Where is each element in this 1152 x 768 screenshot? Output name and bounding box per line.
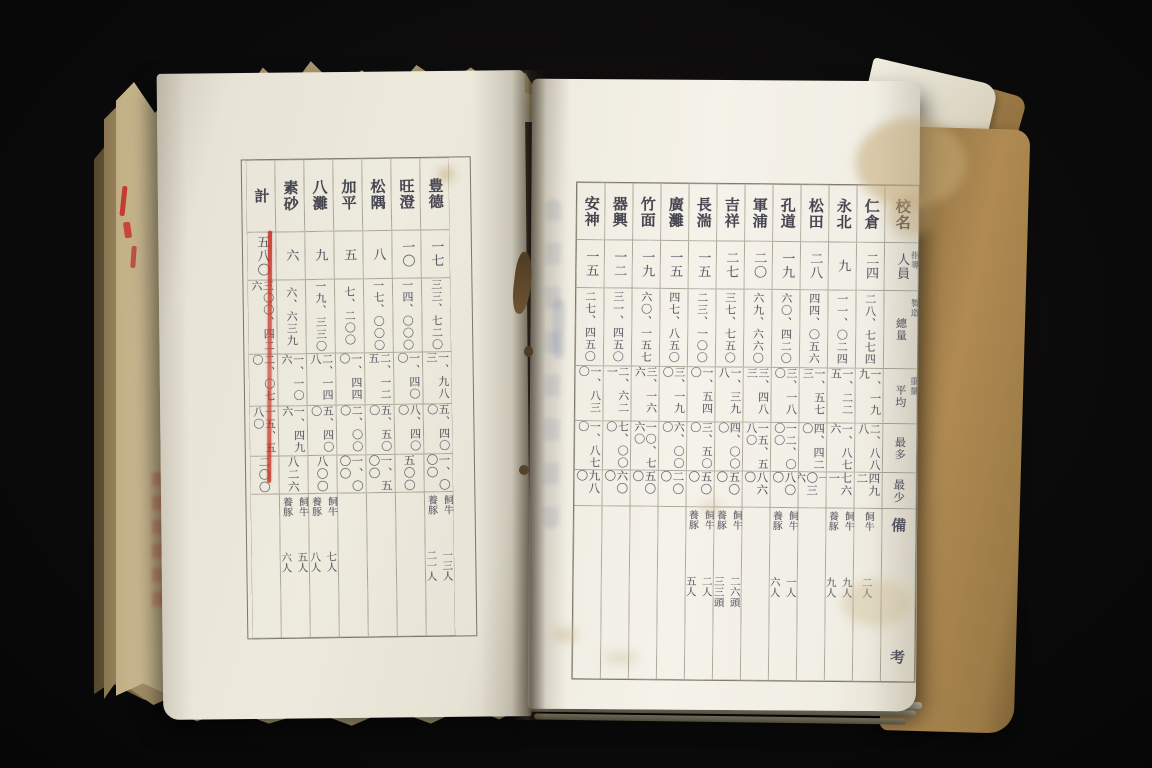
cell-total: 四四、〇五六 (799, 290, 828, 368)
cell-staff: 一五 (660, 240, 688, 288)
cell-min: 四九二 (854, 472, 882, 508)
cell-total: 七、二〇〇 (334, 279, 364, 353)
cell-staff: 一〇 (392, 230, 422, 278)
remarks-labels: 飼牛 (854, 511, 882, 531)
cattle-entry-value: 一三人 (440, 549, 455, 581)
school-column: 廣灘一五四七、八五〇三、一九〇六、〇〇〇二〇〇 (656, 183, 689, 679)
stain (552, 628, 578, 642)
remarks-values: 一三人二一人 (425, 549, 454, 581)
cell-staff: 六 (276, 232, 306, 280)
pig-entry-value: 六人 (768, 577, 782, 598)
cell-staff: 二〇 (744, 241, 772, 289)
cell-staff: 二八 (800, 242, 828, 290)
ink-showthrough (552, 299, 564, 359)
school-name: 旺澄 (391, 158, 421, 230)
school-column: 吉祥二七三七、七五〇一、三九八四、〇〇〇五〇〇飼牛養豚二六頭三三頭 (712, 184, 745, 680)
cell-min: 八六〇 (742, 471, 770, 507)
school-column: 安神一五二七、四五〇一、八三〇一、八七〇九八〇 (572, 183, 605, 679)
pig-entry-label: 養豚 (824, 511, 839, 531)
cell-max: 二、〇〇〇 (336, 405, 366, 455)
cell-staff: 一七 (421, 230, 451, 278)
stain (438, 168, 454, 181)
cell-remarks (656, 506, 686, 679)
cattle-entry-value: 一人 (784, 577, 798, 598)
cell-remarks (572, 506, 602, 679)
cell-min: 一、五〇〇 (366, 454, 396, 492)
cell-remarks: 飼牛養豚一三人二一人 (424, 492, 455, 636)
book-photo: 豊德一七三三、七二〇一、九八三五、四〇〇一、〇〇〇飼牛養豚一三人二一人旺澄一〇一… (0, 0, 1152, 768)
remarks-values: 七人八人 (309, 551, 338, 572)
remarks-label-bottom: 考 (890, 647, 905, 668)
cell-staff: 一九 (772, 241, 800, 289)
cell-max: 五、五〇〇 (365, 404, 395, 454)
cell-remarks (250, 494, 281, 638)
pig-entry-value: 五人 (684, 576, 698, 597)
school-name: 八灘 (304, 159, 334, 231)
school-name: 孔道 (773, 184, 802, 241)
header-row-label-average: 平均重量 (883, 368, 918, 423)
cattle-entry-value: 七人 (324, 551, 339, 572)
cell-max: 四、〇〇〇 (714, 422, 742, 471)
cell-average: 一、四四〇 (335, 353, 365, 405)
cell-max: 二、八八八 (854, 423, 882, 472)
cell-remarks: 飼牛養豚五人六人 (279, 494, 310, 638)
cell-average: 二、〇七〇 (248, 354, 278, 406)
stain (604, 652, 638, 664)
cattle-entry-value: 五人 (295, 551, 310, 572)
header-row-sublabel: 指導 (909, 251, 918, 270)
school-name: 廣灘 (661, 183, 690, 240)
cell-total: 三三、七二〇 (421, 278, 451, 352)
cell-remarks (395, 492, 426, 636)
cell-total: 三〇〇、四二六 (247, 280, 277, 354)
stain (888, 196, 934, 236)
stain (700, 500, 722, 516)
cell-min: 九八〇 (574, 470, 602, 506)
header-row-label-total: 總量製造 (883, 290, 918, 368)
header-row-label-min: 最少 (882, 472, 916, 508)
school-column: 器興一二三一、四五〇二、六二一七、〇〇〇六〇〇 (600, 183, 633, 679)
cell-remarks: 飼牛養豚二六頭三三頭 (712, 507, 742, 680)
cell-max: 一〇、七六〇 (630, 421, 658, 470)
cattle-entry-value: 二六頭 (728, 576, 742, 608)
cell-min: 二〇〇 (250, 456, 280, 494)
cell-average: 一、二二五 (827, 368, 856, 423)
cattle-entry-label: 飼牛 (323, 496, 338, 516)
pig-entry-value: 二一人 (424, 549, 439, 581)
cell-remarks (796, 508, 826, 681)
cell-min: 一、〇三六 (798, 472, 826, 508)
cell-total: 三七、七五〇 (715, 289, 744, 367)
cell-total: 四七、八五〇 (659, 288, 688, 366)
cell-average: 三、一六六 (631, 366, 660, 421)
stain (856, 118, 966, 208)
cell-min: 一、〇〇〇 (424, 454, 454, 492)
pig-entry-value: 六人 (279, 551, 294, 572)
pig-entry-label: 養豚 (768, 510, 783, 530)
cell-total: 二七、四五〇 (575, 288, 604, 366)
cell-staff: 五 (334, 231, 364, 279)
remarks-values: 二六頭三三頭 (713, 576, 741, 608)
cell-min: 二〇〇 (658, 470, 686, 506)
cell-min: 一、〇〇〇 (337, 455, 367, 493)
school-column: 孔道一九六〇、四二〇三、一八〇一二、〇〇〇八〇〇飼牛養豚一人六人 (768, 184, 801, 680)
remarks-labels: 飼牛養豚 (424, 495, 453, 515)
cell-max: 一五、五八〇 (249, 406, 279, 456)
cell-average: 一、一〇六 (277, 354, 307, 406)
pig-entry-value: 九人 (824, 577, 838, 598)
school-name: 吉祥 (717, 184, 746, 241)
school-name: 器興 (605, 183, 634, 240)
cattle-entry-label: 飼牛 (840, 511, 854, 531)
pig-entry-label: 養豚 (684, 510, 699, 530)
cell-max: 三、五〇〇 (686, 422, 714, 471)
cell-staff: 一二 (604, 240, 632, 288)
book-gutter (512, 70, 546, 720)
cell-min: 七六一 (826, 472, 854, 508)
cattle-entry-label: 飼牛 (294, 497, 309, 517)
cell-staff: 八 (363, 230, 393, 278)
left-page: 豊德一七三三、七二〇一、九八三五、四〇〇一、〇〇〇飼牛養豚一三人二一人旺澄一〇一… (157, 70, 532, 720)
cell-max: 一、八七六 (826, 423, 854, 472)
cell-min: 六〇〇 (602, 470, 630, 506)
cell-max: 一、四九六 (278, 406, 308, 456)
cattle-entry-label: 飼牛 (784, 511, 798, 531)
pig-entry-label: 養豚 (308, 496, 322, 516)
cattle-entry-value: 二人 (700, 576, 714, 597)
cell-total: 六九、六六〇 (743, 289, 772, 367)
header-row-label-max: 最多 (882, 423, 916, 472)
cell-min: 八〇〇 (308, 455, 338, 493)
school-name: 松田 (801, 185, 830, 242)
remarks-values: 一人六人 (769, 577, 797, 598)
binding-hole (524, 346, 533, 357)
cell-max: 八、四〇〇 (394, 404, 424, 454)
cell-max: 五、四〇〇 (423, 404, 453, 454)
header-row-label-staff: 人員指導 (884, 242, 918, 290)
pig-entry-label: 養豚 (279, 497, 293, 517)
school-name: 長湍 (689, 184, 718, 241)
school-name: 素砂 (275, 160, 305, 232)
cell-remarks (337, 493, 368, 637)
school-column: 軍浦二〇六九、六六〇三、四八三一五、五八〇八六〇 (740, 184, 773, 680)
cell-max: 六、〇〇〇 (658, 421, 686, 470)
pig-entry-value: 三三頭 (712, 576, 726, 608)
cell-remarks (366, 492, 397, 636)
school-column: 松田二八四四、〇五六一、五七三四、四二〇一、〇三六 (796, 185, 829, 681)
cell-average: 一、四〇〇 (393, 352, 423, 404)
cell-max: 一二、〇〇〇 (770, 422, 798, 471)
cell-staff: 九 (828, 242, 856, 290)
school-name: 松隅 (362, 158, 392, 230)
remarks-labels: 飼牛養豚 (308, 496, 337, 516)
cattle-entry-label: 飼牛 (860, 511, 875, 531)
cell-total: 六〇、一五七 (631, 288, 660, 366)
cell-total: 一一、〇二四 (827, 290, 856, 368)
remarks-values: 二人五人 (685, 576, 713, 597)
cell-average: 一、九八三 (422, 352, 452, 404)
cell-max: 一五、五八〇 (742, 422, 770, 471)
cell-average: 一、三九八 (715, 367, 744, 422)
cell-remarks: 飼牛養豚七人八人 (308, 493, 339, 637)
cell-average: 二、一四八 (306, 353, 336, 405)
school-name: 計 (246, 160, 276, 232)
cell-staff: 一五 (576, 240, 604, 288)
cell-remarks (740, 507, 770, 680)
cell-average: 三、四八三 (743, 367, 772, 422)
school-name: 竹面 (633, 183, 662, 240)
cell-average: 一、一九九 (855, 368, 884, 423)
cell-total: 六〇、四二〇 (771, 289, 800, 367)
cattle-entry-label: 飼牛 (439, 495, 454, 515)
remarks-values: 五人六人 (280, 551, 309, 572)
school-name: 安神 (577, 183, 606, 240)
binding-hole (519, 465, 529, 475)
cell-total: 一四、〇〇〇 (392, 278, 422, 352)
cell-average: 二、六二一 (603, 366, 632, 421)
cattle-entry-label: 飼牛 (728, 510, 742, 530)
cell-average: 一、八三〇 (575, 366, 604, 421)
pig-entry-label: 養豚 (424, 495, 438, 515)
remarks-labels: 飼牛養豚 (770, 510, 798, 530)
school-column: 竹面一九六〇、一五七三、一六六一〇、七六〇五〇〇 (628, 183, 661, 679)
cell-max: 一、八七〇 (574, 421, 602, 470)
cell-average: 三、一八〇 (771, 367, 800, 422)
cell-staff: 九 (305, 231, 335, 279)
remarks-label-top: 備 (891, 515, 906, 536)
cell-total: 一九、三三〇 (305, 279, 335, 353)
cell-average: 一、五四〇 (687, 367, 716, 422)
cell-staff: 一九 (632, 240, 660, 288)
school-name: 加平 (333, 159, 363, 231)
remarks-labels: 飼牛養豚 (279, 497, 308, 517)
school-name: 軍浦 (745, 184, 774, 241)
school-column: 長湍一五二三、一〇〇一、五四〇三、五〇〇五〇〇飼牛養豚二人五人 (684, 184, 717, 680)
cell-average: 二、一二五 (364, 352, 394, 404)
cell-min: 八二六 (279, 456, 309, 494)
cell-total: 一七、〇〇〇 (363, 278, 393, 352)
remarks-labels: 飼牛養豚 (826, 511, 854, 531)
stain (842, 580, 912, 626)
cell-remarks: 飼牛養豚二人五人 (684, 507, 714, 680)
left-page-table: 豊德一七三三、七二〇一、九八三五、四〇〇一、〇〇〇飼牛養豚一三人二一人旺澄一〇一… (241, 156, 478, 639)
cell-total: 二八、七七四 (855, 290, 884, 368)
cell-average: 三、一九〇 (659, 366, 688, 421)
cell-total: 二三、一〇〇 (687, 289, 716, 367)
header-row-sublabel: 製造 (909, 299, 918, 318)
header-row-sublabel: 重量 (908, 377, 917, 396)
cell-min: 五〇〇 (395, 454, 425, 492)
cell-average: 一、五七三 (799, 368, 828, 423)
cell-min: 五〇〇 (630, 470, 658, 506)
pig-entry-value: 八人 (308, 551, 323, 572)
cell-total: 三一、四五〇 (603, 288, 632, 366)
cell-staff: 一五 (688, 241, 716, 289)
cell-max: 四、四二〇 (798, 423, 826, 472)
cell-remarks: 飼牛養豚一人六人 (768, 507, 798, 680)
cell-staff: 二四 (856, 242, 884, 290)
cell-max: 五、四〇〇 (307, 405, 337, 455)
cell-min: 八〇〇 (770, 471, 798, 507)
cell-staff: 二七 (716, 241, 744, 289)
school-name: 永北 (829, 185, 858, 242)
cell-total: 六、六三九 (276, 280, 306, 354)
cell-max: 七、〇〇〇 (602, 421, 630, 470)
